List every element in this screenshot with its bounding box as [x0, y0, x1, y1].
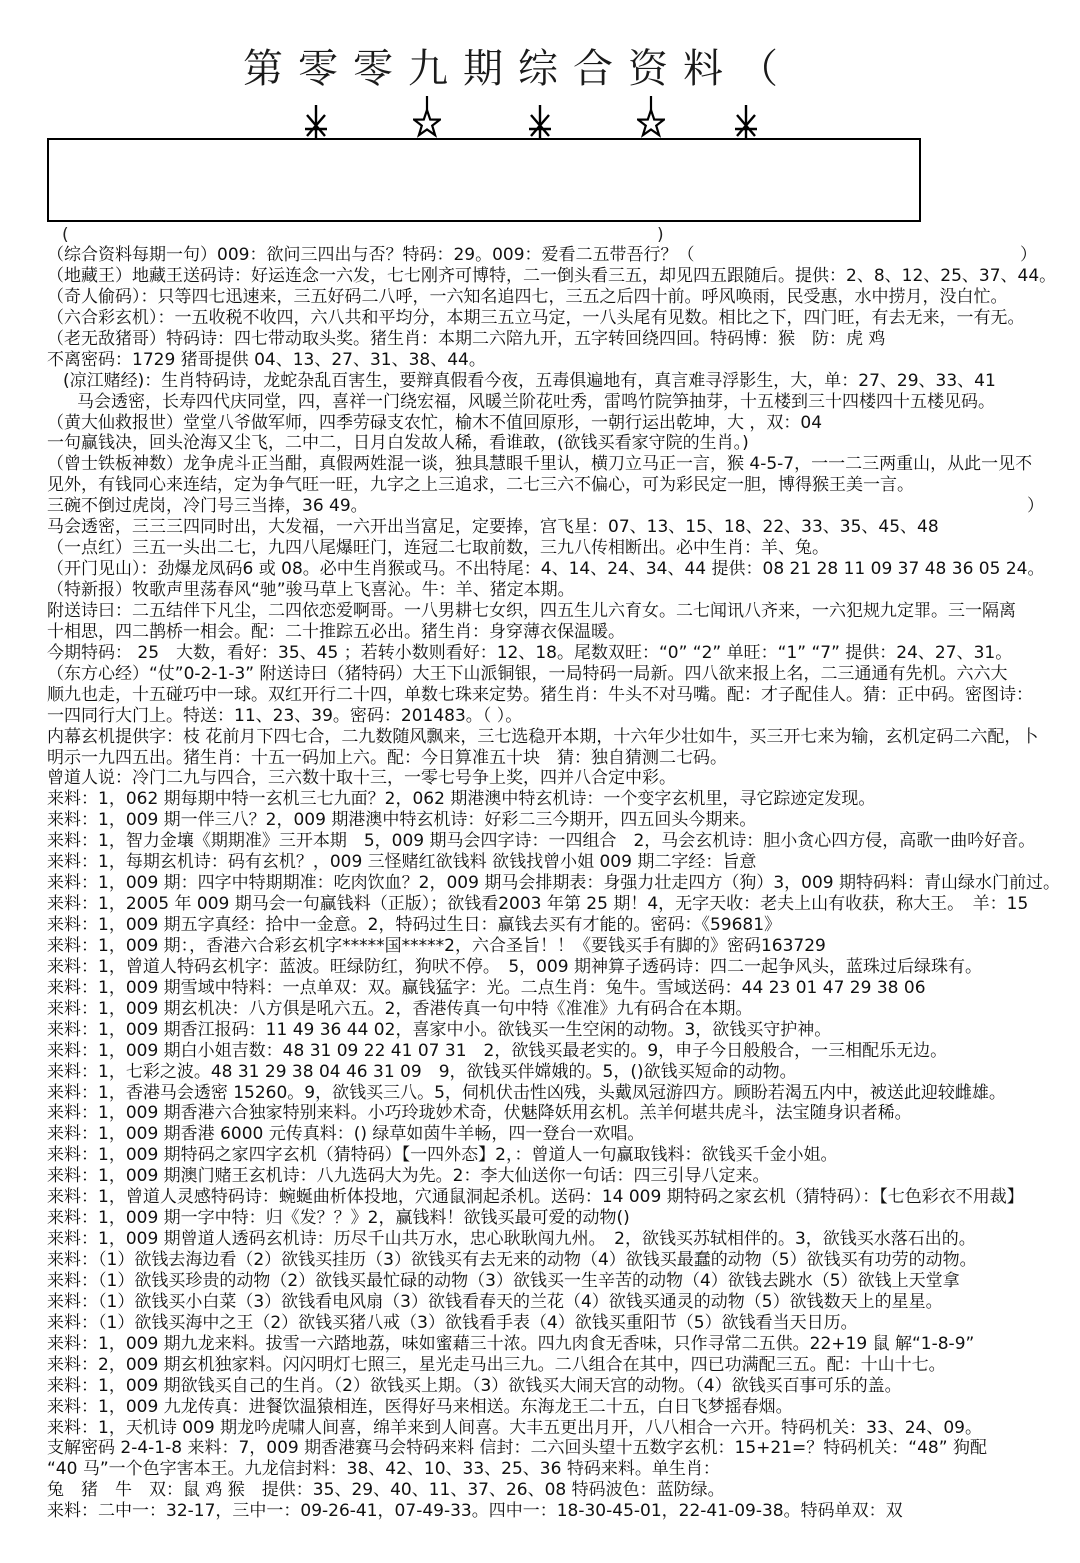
text-line: 来料：1，009 期：，香港六合彩玄机字*****国*****2，六合圣旨！！《… — [47, 936, 1057, 957]
line-text: 三碗不倒过虎岗，冷门号三当捧，36 49。 — [47, 496, 368, 516]
text-line: (凉江赌经)：生肖特码诗，龙蛇杂乱百害生，要辩真假看今夜，五毒俱遍地有，真言难寻… — [47, 371, 1057, 392]
text-line: 来料：1，009 期特码之家四字玄机（猜特码）【一四外态】2，：曾道人一句赢取钱… — [47, 1145, 1057, 1166]
text-line: 来料：1，009 期：四字中特期期准：吃肉饮血？2，009 期马会排期表：身强力… — [47, 873, 1057, 894]
text-line: 曾道人说：冷门二九与四合，三六数十取十三，一零七号争上奖，四并八合定中彩。 — [47, 768, 1057, 789]
text-line: 十相思，四二鹊桥一相会。配：二十推踪五必出。猪生肖：身穿薄衣保温暖。 — [47, 622, 1057, 643]
text-line: 来料：1，009 期一字中特：归《发？？》2，赢钱料！欲钱买最可爱的动物() — [47, 1208, 1057, 1229]
line-close-paren: ） — [1020, 245, 1037, 266]
text-line: 马会透密，三三三四同时出，大发福，一六开出当富足，定要捧，宫飞星：07、13、1… — [47, 517, 1057, 538]
text-line: 来料：1，009 期玄机决：八方俱是吼六五。2，香港传真一句中特《准准》九有码合… — [47, 999, 1057, 1020]
text-line: 来料：1，009 期雪域中特料：一点单双：双。赢钱猛字：光。二点生肖：兔牛。雪域… — [47, 978, 1057, 999]
text-line: 今期特码： 25 大数，看好：35、45 ；若转小数则看好：12、18。尾数双旺… — [47, 643, 1057, 664]
line-close-paren: ） — [1027, 496, 1044, 517]
text-line: （综合资料每期一句）009：欲问三四出与否？特码：29。009：爱看二五带吾行？… — [47, 245, 1057, 266]
asterisk-icon — [304, 104, 328, 138]
text-line: 来料：1，009 期香港六合独家特别来料。小巧玲珑妙术奇，伏魅降妖用玄机。羔羊何… — [47, 1103, 1057, 1124]
text-line: 来料：1，曾道人特码玄机字：蓝波。旺绿防红，狗吠不停。 5，009 期神算子透码… — [47, 957, 1057, 978]
text-line: （奇人偷码）：只等四七迅速来，三五好码二八呼，一六知名追四七，三五之后四十前。呼… — [47, 287, 1057, 308]
text-line: 来料：二中一：32-17，三中一：09-26-41，07-49-33。四中一：1… — [47, 1501, 1057, 1522]
text-line: （东方心经）“仗”0-2-1-3” 附送诗曰（猪特码）大王下山派铜银，一局特码一… — [47, 664, 1057, 685]
asterisk-icon — [734, 104, 758, 138]
text-line: （一点红）三五一头出二七，九四八尾爆旺门，连冠二七取前数，三九八传相断出。必中生… — [47, 538, 1057, 559]
text-line: （开门见山）：劲爆龙凤码6 或 08。必中生肖猴或马。不出特尾：4、14、24、… — [47, 559, 1057, 580]
text-line: 来料：1，009 期欲钱买自己的生肖。（2）欲钱买上期。（3）欲钱买大闹天宫的动… — [47, 1376, 1057, 1397]
star-icon — [413, 96, 441, 138]
blank-framed-box — [47, 138, 921, 222]
text-line: （老无敌猪哥）特码诗：四七带动取头奖。猪生肖：本期二六陪九开，五字转回绕四回。特… — [47, 329, 1057, 350]
obscured-line-open-paren: ( — [62, 226, 69, 244]
text-line: 来料：1，每期玄机诗：码有玄机？，009 三怪赌红欲钱料 欲钱找曾小姐 009 … — [47, 852, 1057, 873]
star-icon — [637, 96, 665, 138]
obscured-line-close-paren: ) — [657, 226, 664, 244]
text-line: （特新报）牧歌声里荡春风“驰”骏马草上飞喜沁。牛：羊、猪定本期。 — [47, 580, 1057, 601]
text-line: （地藏王）地藏王送码诗：好运连念一六发，七七刚齐可博特，二一倒头看三五，却见四五… — [47, 266, 1057, 287]
text-line: 顺九也走，十五碰巧中一球。双红开行二十四，单数七珠来定势。猪生肖：牛头不对马嘴。… — [47, 685, 1057, 706]
text-line: 三碗不倒过虎岗，冷门号三当捧，36 49。） — [47, 496, 1057, 517]
text-line: 附送诗曰：二五结伴下凡尘，二四依恋爱啊哥。一八男耕七女织，四五生儿六育女。二七闻… — [47, 601, 1057, 622]
page-title: 第零零九期综合资料（ — [243, 46, 793, 92]
text-line: “40 马”一个色字害本王。九龙信封料：38、42、10、33、25、36 特码… — [47, 1459, 1057, 1480]
asterisk-icon — [528, 104, 552, 138]
text-line: 来料：（1）欲钱买小白菜（3）欲钱看电风扇（3）欲钱看春天的兰花（4）欲钱买通灵… — [47, 1292, 1057, 1313]
document-body: （综合资料每期一句）009：欲问三四出与否？特码：29。009：爱看二五带吾行？… — [47, 245, 1057, 1522]
text-line: 一句赢钱决，回头沧海又尘飞，二中二，日月白发故人稀，看谁敢，(欲钱买看家守院的生… — [47, 433, 1057, 454]
text-line: 来料：1，009 期九龙来料。拔雪一六踏地荔，味如蜜藉三十浓。四九肉食无香味，只… — [47, 1334, 1057, 1355]
text-line: 来料：1，2005 年 009 期马会一句赢钱料（正版）；欲钱看2003 年第 … — [47, 894, 1057, 915]
text-line: 来料：1，009 期曾道人透码玄机诗：历尽千山共万水，忠心耿耿闯九州。 2，欲钱… — [47, 1229, 1057, 1250]
text-line: 不离密码：1729 猪哥提供 04、13、27、31、38、44。 — [47, 350, 1057, 371]
text-line: 来料：1，009 期澳门赌王玄机诗：八九选码大为先。2：李大仙送你一句话：四三引… — [47, 1166, 1057, 1187]
text-line: 来料：1，009 期白小姐吉数：48 31 09 22 41 07 31 2，欲… — [47, 1041, 1057, 1062]
text-line: 内幕玄机提供字：枝 花前月下四七合，二九数随风飘来，三七选稳开本期，十六年少壮如… — [47, 727, 1057, 748]
text-line: 来料：1，009 期一伴三八？2，009 期港澳中特玄机诗：好彩二三今期开，四五… — [47, 810, 1057, 831]
text-line: 见外，有钱同心来连结，定为争气旺一旺，九字之上三追求，二七三六不偏心，可为彩民定… — [47, 475, 1057, 496]
text-line: 来料：1，009 期香港 6000 元传真料：() 绿草如茵牛羊畅，四一登台一欢… — [47, 1124, 1057, 1145]
text-line: 来料：1，天机诗 009 期龙吟虎啸人间喜，绵羊来到人间喜。大丰五更出月开，八八… — [47, 1418, 1057, 1439]
text-line: （六合彩玄机）：一五收税不收四，六八共和平均分，本期三五立马定，一八头尾有见数。… — [47, 308, 1057, 329]
text-line: 来料：1，香港马会透密 15260。9，欲钱买三八。5，伺机伏击性凶残，头戴凤冠… — [47, 1083, 1057, 1104]
text-line: 支解密码 2-4-1-8 来料：7，009 期香港赛马会特码来料 信封：二六回头… — [47, 1438, 1057, 1459]
text-line: 来料：1，062 期每期中特一玄机三七九面？2，062 期港澳中特玄机诗：一个变… — [47, 789, 1057, 810]
text-line: （黄大仙救报世）堂堂八爷做军师，四季劳碌支农忙，榆木不值回原形，一朝行运出乾坤，… — [47, 413, 1057, 434]
text-line: 来料：1，009 九龙传真：进餐饮温猿相连，医得好马来相送。东海龙王二十五，白日… — [47, 1397, 1057, 1418]
line-text: （综合资料每期一句）009：欲问三四出与否？特码：29。009：爱看二五带吾行？… — [47, 245, 695, 265]
text-line: 来料：1，七彩之波。48 31 29 38 04 46 31 09 9，欲钱买伴… — [47, 1062, 1057, 1083]
text-line: 来料：1，曾道人灵感特码诗：蜿蜒曲析体投地，穴通鼠洞起杀机。送码：14 009 … — [47, 1187, 1057, 1208]
text-line: （曾士铁板神数）龙争虎斗正当酣，真假两姓混一谈，独具慧眼千里认，横刀立马正一言，… — [47, 454, 1057, 475]
text-line: 马会透密，长寿四代庆同堂，四，喜祥一门绕宏福，风暖兰阶花吐秀，雷鸣竹院笋抽芽，十… — [47, 392, 1057, 413]
text-line: 明示一九四五出。猪生肖：十五一码加上六。配：今日算准五十块 猜：独自猜测二七码。 — [47, 748, 1057, 769]
text-line: 来料：1，009 期香江报码：11 49 36 44 02，喜家中小。欲钱买一生… — [47, 1020, 1057, 1041]
text-line: 来料：（1）欲钱买珍贵的动物（2）欲钱买最忙碌的动物（3）欲钱买一生辛苦的动物（… — [47, 1271, 1057, 1292]
text-line: 来料：1，009 期五字真经：拾中一金意。2，特码过生日：赢钱去买有才能的。密码… — [47, 915, 1057, 936]
text-line: 来料：1，智力金壤《期期准》三开本期 5，009 期马会四字诗：一四组合 2，马… — [47, 831, 1057, 852]
text-line: 来料：（1）欲钱买海中之王（2）欲钱买猪八戒（3）欲钱看手表（4）欲钱买重阳节（… — [47, 1313, 1057, 1334]
text-line: 来料：2，009 期玄机独家料。闪闪明灯七照三，星光走马出三九。二八组合在其中，… — [47, 1355, 1057, 1376]
text-line: 来料：（1）欲钱去海边看（2）欲钱买挂历（3）欲钱买有去无来的动物（4）欲钱买最… — [47, 1250, 1057, 1271]
text-line: 兔 猪 牛 双：鼠 鸡 猴 提供：35、29、40、11、37、26、08 特码… — [47, 1480, 1057, 1501]
text-line: 一四同行大门上。特送：11、23、39。密码：201483。（ ）。 — [47, 706, 1057, 727]
